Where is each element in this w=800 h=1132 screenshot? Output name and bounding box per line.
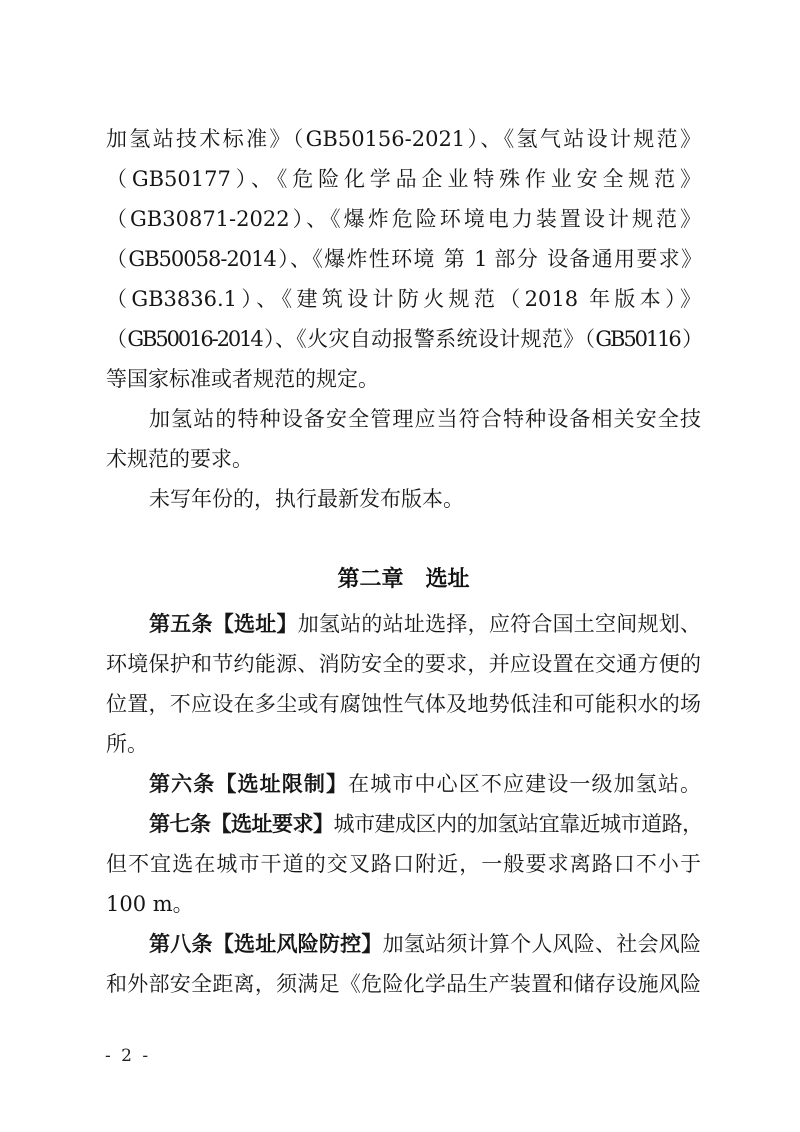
text-segment: 加氢站技术标准》（GB50156-2021）、《氢气站设计规范》 [106,127,701,151]
text-segment: （GB50058-2014）、《爆炸性环境 第 1 部分 设备通用要求》 [106,247,701,271]
text-line: 术规范的要求。 [106,439,701,479]
siting-articles-block: 第五条【选址】加氢站的站址选择，应符合国土空间规划、环境保护和节约能源、消防安全… [106,604,701,1004]
text-line: 位置，不应设在多尘或有腐蚀性气体及地势低洼和可能积水的场 [106,684,701,724]
text-segment: 和外部安全距离，须满足《危险化学品生产装置和储存设施风险 [106,972,701,996]
text-segment: 位置，不应设在多尘或有腐蚀性气体及地势低洼和可能积水的场 [106,692,701,716]
text-segment: （GB50016-2014）、《火灾自动报警系统设计规范》（GB50116） [106,327,701,351]
text-segment: （GB3836.1）、《建筑设计防火规范（2018 年版本）》 [106,287,701,311]
text-line: 但不宜选在城市干道的交叉路口附近，一般要求离路口不小于 [106,844,701,884]
text-line: 未写年份的，执行最新发布版本。 [106,479,701,519]
text-segment: 未写年份的，执行最新发布版本。 [149,487,464,511]
text-line: 第五条【选址】加氢站的站址选择，应符合国土空间规划、 [106,604,701,644]
text-line: （GB50177）、《危险化学品企业特殊作业安全规范》 [106,159,701,199]
text-segment: （GB50177）、《危险化学品企业特殊作业安全规范》 [106,167,701,191]
article-label: 第八条【选址风险防控】 [149,932,383,956]
text-line: 第七条【选址要求】城市建成区内的加氢站宜靠近城市道路， [106,804,701,844]
text-segment: （GB30871-2022）、《爆炸危险环境电力装置设计规范》 [106,207,701,231]
text-line: （GB30871-2022）、《爆炸危险环境电力装置设计规范》 [106,199,701,239]
text-segment: 术规范的要求。 [106,447,253,471]
article-label: 第五条【选址】 [149,612,298,636]
text-segment: 在城市中心区不应建设一级加氢站。 [348,772,701,796]
text-line: 环境保护和节约能源、消防安全的要求，并应设置在交通方便的 [106,644,701,684]
text-line: 加氢站的特种设备安全管理应当符合特种设备相关安全技 [106,399,701,439]
text-segment: 所。 [106,732,148,756]
article-label: 第六条【选址限制】 [149,772,348,796]
text-line: 第六条【选址限制】在城市中心区不应建设一级加氢站。 [106,764,701,804]
text-line: （GB50058-2014）、《爆炸性环境 第 1 部分 设备通用要求》 [106,239,701,279]
text-line: 第八条【选址风险防控】加氢站须计算个人风险、社会风险 [106,924,701,964]
text-segment: 但不宜选在城市干道的交叉路口附近，一般要求离路口不小于 [106,852,701,876]
text-segment: 城市建成区内的加氢站宜靠近城市道路， [334,812,701,836]
text-line: 和外部安全距离，须满足《危险化学品生产装置和储存设施风险 [106,964,701,1004]
text-segment: 100 m。 [106,892,194,916]
text-line: 100 m。 [106,884,701,924]
article-label: 第七条【选址要求】 [149,812,334,836]
text-line: （GB3836.1）、《建筑设计防火规范（2018 年版本）》 [106,279,701,319]
text-line: 等国家标准或者规范的规定。 [106,359,701,399]
text-segment: 环境保护和节约能源、消防安全的要求，并应设置在交通方便的 [106,652,701,676]
document-page: 加氢站技术标准》（GB50156-2021）、《氢气站设计规范》（GB50177… [0,0,800,1132]
text-line: （GB50016-2014）、《火灾自动报警系统设计规范》（GB50116） [106,319,701,359]
standards-paragraph-block: 加氢站技术标准》（GB50156-2021）、《氢气站设计规范》（GB50177… [106,119,701,519]
text-line: 所。 [106,724,701,764]
text-segment: 等国家标准或者规范的规定。 [106,367,379,391]
page-number: - 2 - [105,1046,151,1066]
text-segment: 加氢站须计算个人风险、社会风险 [383,932,701,956]
text-line: 加氢站技术标准》（GB50156-2021）、《氢气站设计规范》 [106,119,701,159]
text-segment: 加氢站的特种设备安全管理应当符合特种设备相关安全技 [149,407,701,431]
chapter-heading: 第二章 选址 [106,558,701,602]
text-segment: 加氢站的站址选择，应符合国土空间规划、 [298,612,701,636]
